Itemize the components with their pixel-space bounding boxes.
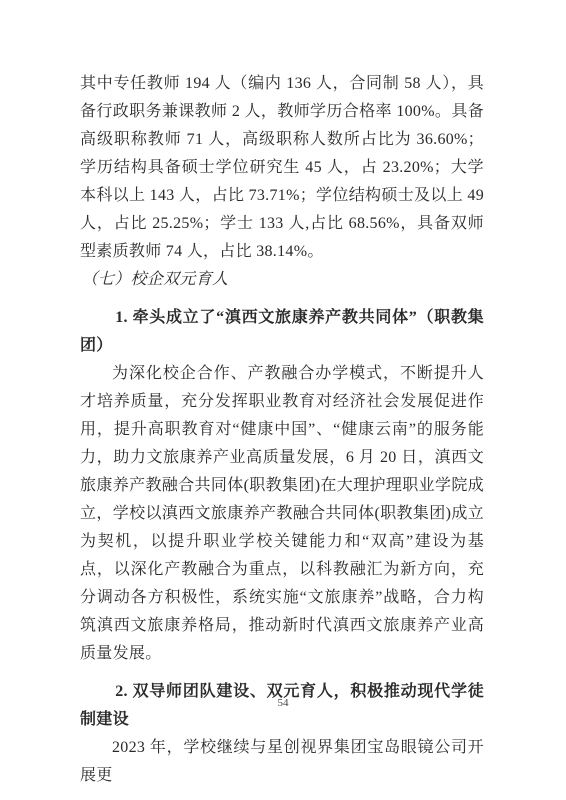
paragraph-consortium: 为深化校企合作、产教融合办学模式，不断提升人才培养质量，充分发挥职业教育对经济社… bbox=[80, 360, 484, 668]
page-number: 54 bbox=[0, 697, 566, 709]
page-content: 其中专任教师 194 人（编内 136 人，合同制 58 人），具备行政职务兼课… bbox=[80, 70, 484, 790]
document-page: 其中专任教师 194 人（编内 136 人，合同制 58 人），具备行政职务兼课… bbox=[0, 0, 566, 800]
numbered-heading-1: 1. 牵头成立了“滇西文旅康养产教共同体”（职教集团） bbox=[80, 304, 484, 360]
section-heading-7: （七）校企双元育人 bbox=[80, 266, 484, 294]
paragraph-apprenticeship: 2023 年，学校继续与星创视界集团宝岛眼镜公司开展更 bbox=[80, 734, 484, 790]
paragraph-teacher-stats: 其中专任教师 194 人（编内 136 人，合同制 58 人），具备行政职务兼课… bbox=[80, 70, 484, 266]
